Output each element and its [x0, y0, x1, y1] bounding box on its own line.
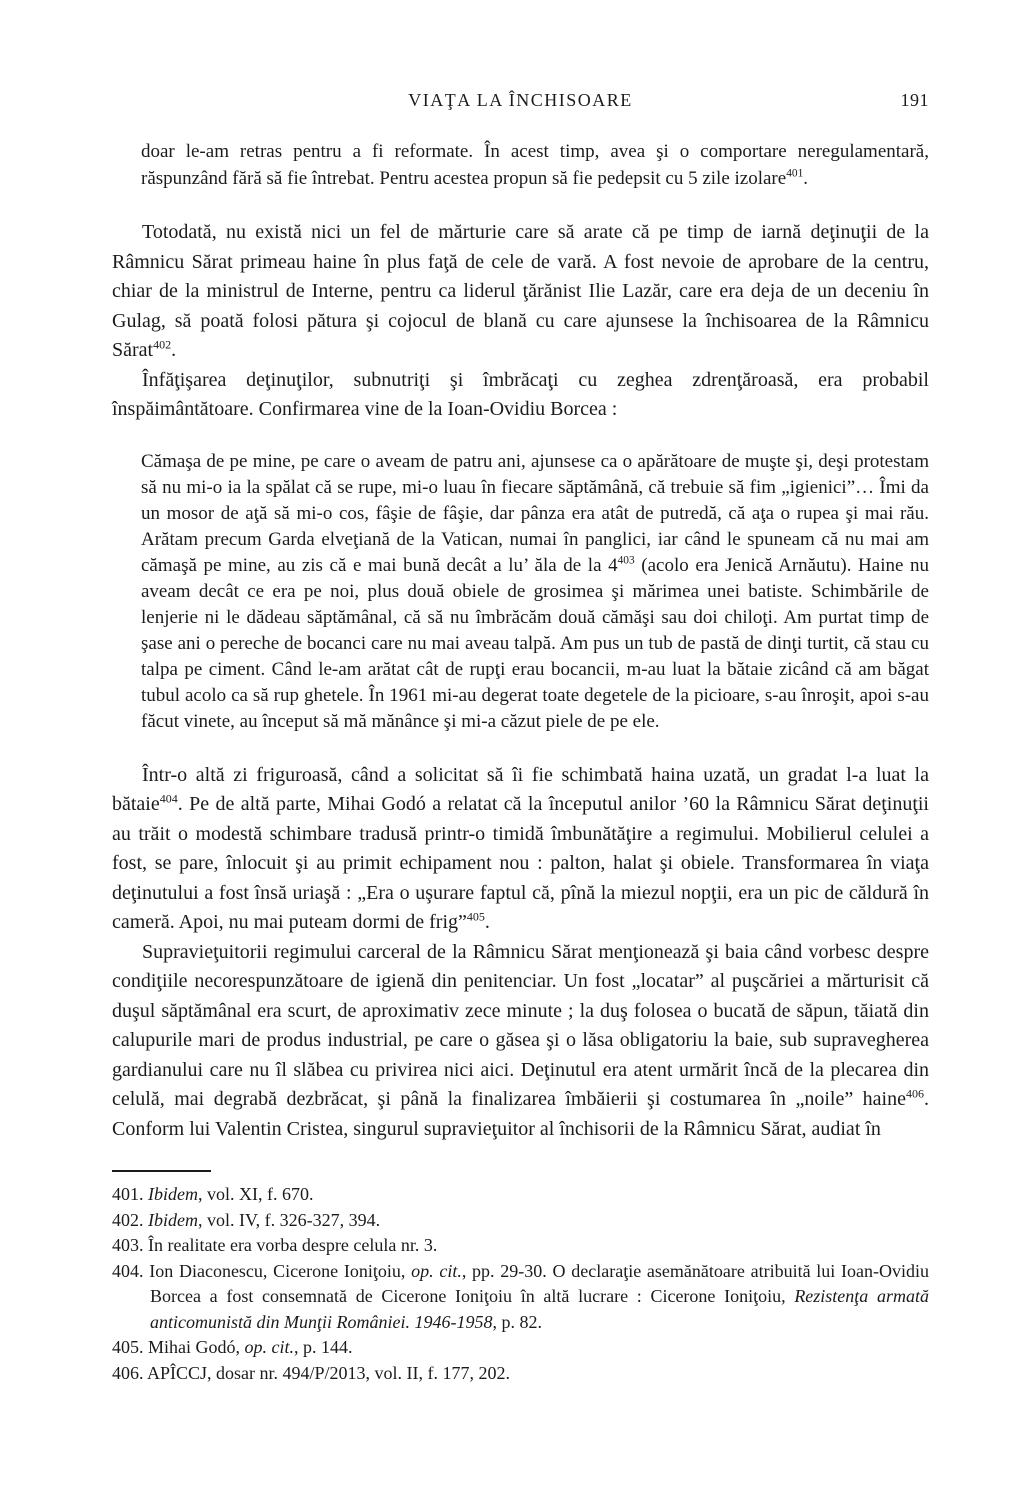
- footnotes: 401. Ibidem, vol. XI, f. 670.402. Ibidem…: [112, 1182, 929, 1386]
- italic-citation: Ibidem: [148, 1210, 198, 1230]
- italic-citation: Ibidem: [148, 1184, 198, 1204]
- footnote-ref: 404: [160, 791, 178, 805]
- page-header: VIAŢA LA ÎNCHISOARE 191: [112, 90, 929, 114]
- footnote-separator: [112, 1170, 211, 1172]
- paragraph: Supravieţuitorii regimului carceral de l…: [112, 938, 929, 1145]
- paragraph: Totodată, nu există nici un fel de mărtu…: [112, 218, 929, 366]
- footnote-number: 401.: [112, 1184, 148, 1204]
- paragraph: Înfăţişarea deţinuţilor, subnutriţi şi î…: [112, 366, 929, 425]
- italic-citation: op. cit.: [411, 1261, 462, 1281]
- body-text: doar le-am retras pentru a fi reformate.…: [112, 138, 929, 1144]
- paragraph: Într-o altă zi friguroasă, când a solici…: [112, 761, 929, 938]
- continuation-quote: doar le-am retras pentru a fi reformate.…: [141, 138, 929, 192]
- footnote-ref: 401: [786, 168, 803, 180]
- footnote: 403. În realitate era vorba despre celul…: [112, 1233, 929, 1259]
- book-page: VIAŢA LA ÎNCHISOARE 191 doar le-am retra…: [0, 0, 1024, 1504]
- footnote: 405. Mihai Godó, op. cit., p. 144.: [112, 1335, 929, 1361]
- page-number: 191: [901, 90, 930, 111]
- footnote-number: 402.: [112, 1210, 148, 1230]
- footnote: 401. Ibidem, vol. XI, f. 670.: [112, 1182, 929, 1208]
- footnote-number: 404.: [112, 1261, 149, 1281]
- footnote-number: 405.: [112, 1337, 148, 1357]
- footnote-number: 406.: [112, 1363, 147, 1383]
- italic-citation: op. cit.: [245, 1337, 295, 1357]
- block-quote: Cămaşa de pe mine, pe care o aveam de pa…: [141, 449, 929, 735]
- footnote: 404. Ion Diaconescu, Cicerone Ioniţoiu, …: [112, 1259, 929, 1336]
- italic-citation: Rezistenţa armată anticomunistă din Munţ…: [150, 1286, 929, 1332]
- footnote-number: 403.: [112, 1235, 148, 1255]
- footnote-ref: 406: [906, 1086, 924, 1100]
- running-title: VIAŢA LA ÎNCHISOARE: [112, 90, 929, 111]
- footnote: 402. Ibidem, vol. IV, f. 326-327, 394.: [112, 1208, 929, 1234]
- footnote-ref: 402: [153, 337, 171, 351]
- footnote: 406. APÎCCJ, dosar nr. 494/P/2013, vol. …: [112, 1361, 929, 1387]
- footnote-ref: 403: [618, 554, 635, 566]
- footnote-ref: 405: [467, 909, 485, 923]
